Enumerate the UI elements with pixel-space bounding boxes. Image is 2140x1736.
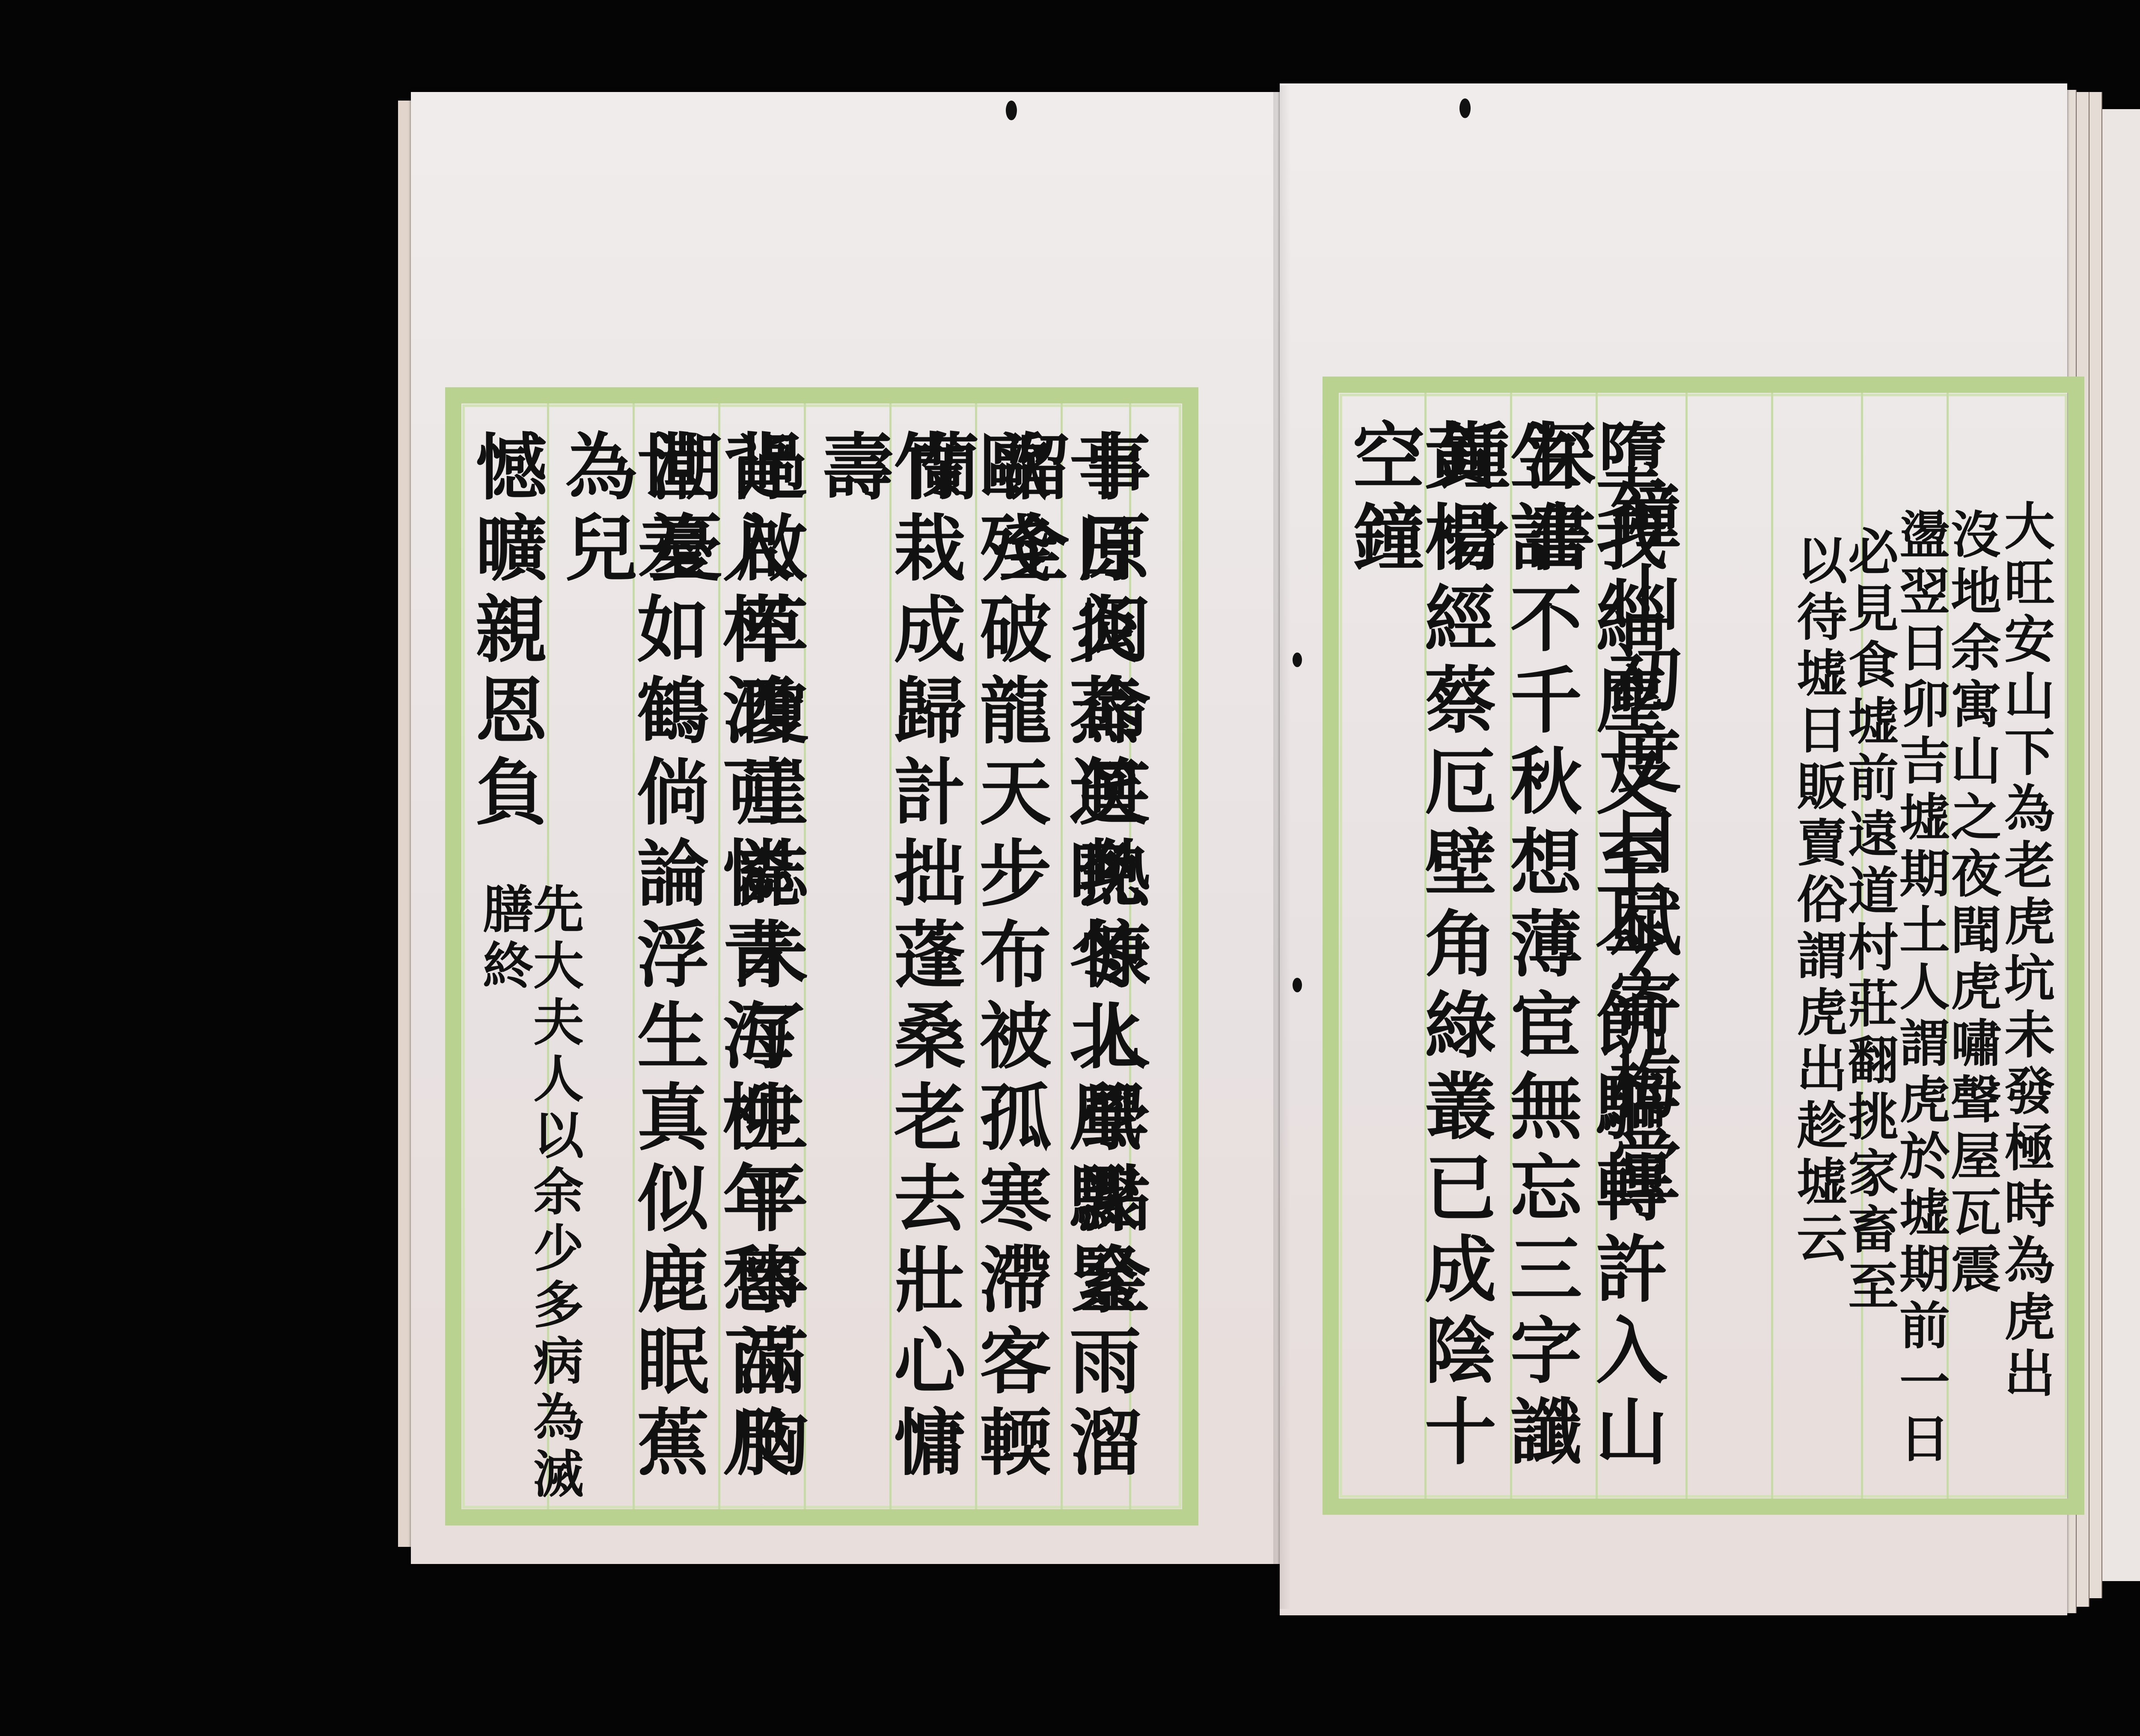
column-rule [1685,393,1688,1499]
poem-column: 黃楊經蔡厄壁角綠叢已成陰十空鐘 [1347,418,1491,1499]
manuscript-column: 竹栽成歸計拙蓬桑老去壯心慵壽 [817,429,960,1509]
ink-mark [1459,98,1471,118]
annotation-column: 沒地余寓山之夜聞虎嘯聲屋瓦震 [1947,508,1997,1299]
column-rule [1771,393,1773,1499]
left-page-frame: 事原闽命笑熱慷人學點金 十日炎蒸迴晚冬北風驟緊雨溜溜全 歐殘破龍天步布被孤寒滯客… [445,387,1198,1525]
annotation-column: 盪翌日卯吉墟期土人謂虎於墟期前一日 [1895,508,1946,1469]
ink-mark [1293,978,1302,992]
left-page: 事原闽命笑熱慷人學點金 十日炎蒸迴晚冬北風驟緊雨溜溜全 歐殘破龍天步布被孤寒滯客… [411,92,1284,1564]
annotation-column: 大旺安山下為老虎坑未發極時為虎出 [2000,500,2051,1404]
ink-mark [1006,101,1017,120]
annotation-column: 以待墟日販賣俗謂虎出趁墟云 [1792,534,1843,1268]
annotation-column: 先大夫人以余少多病為滅膳終 [479,883,580,1509]
annotation-column: 必見食墟前遠道村莊翻挑家畜至 [1844,525,1894,1316]
right-page: 大旺安山下為老虎坑未發極時為虎出 沒地余寓山之夜聞虎嘯聲屋瓦震 盪翌日卯吉墟期土… [1280,83,2067,1615]
right-page-frame: 大旺安山下為老虎坑未發極時為虎出 沒地余寓山之夜聞虎嘯聲屋瓦震 盪翌日卯吉墟期土… [1323,377,2084,1515]
ink-mark [1293,653,1302,667]
manuscript-column: 憾曠親恩負 [470,429,542,836]
book-spine [1273,86,1290,1609]
back-page-sheet [2097,109,2140,1581]
